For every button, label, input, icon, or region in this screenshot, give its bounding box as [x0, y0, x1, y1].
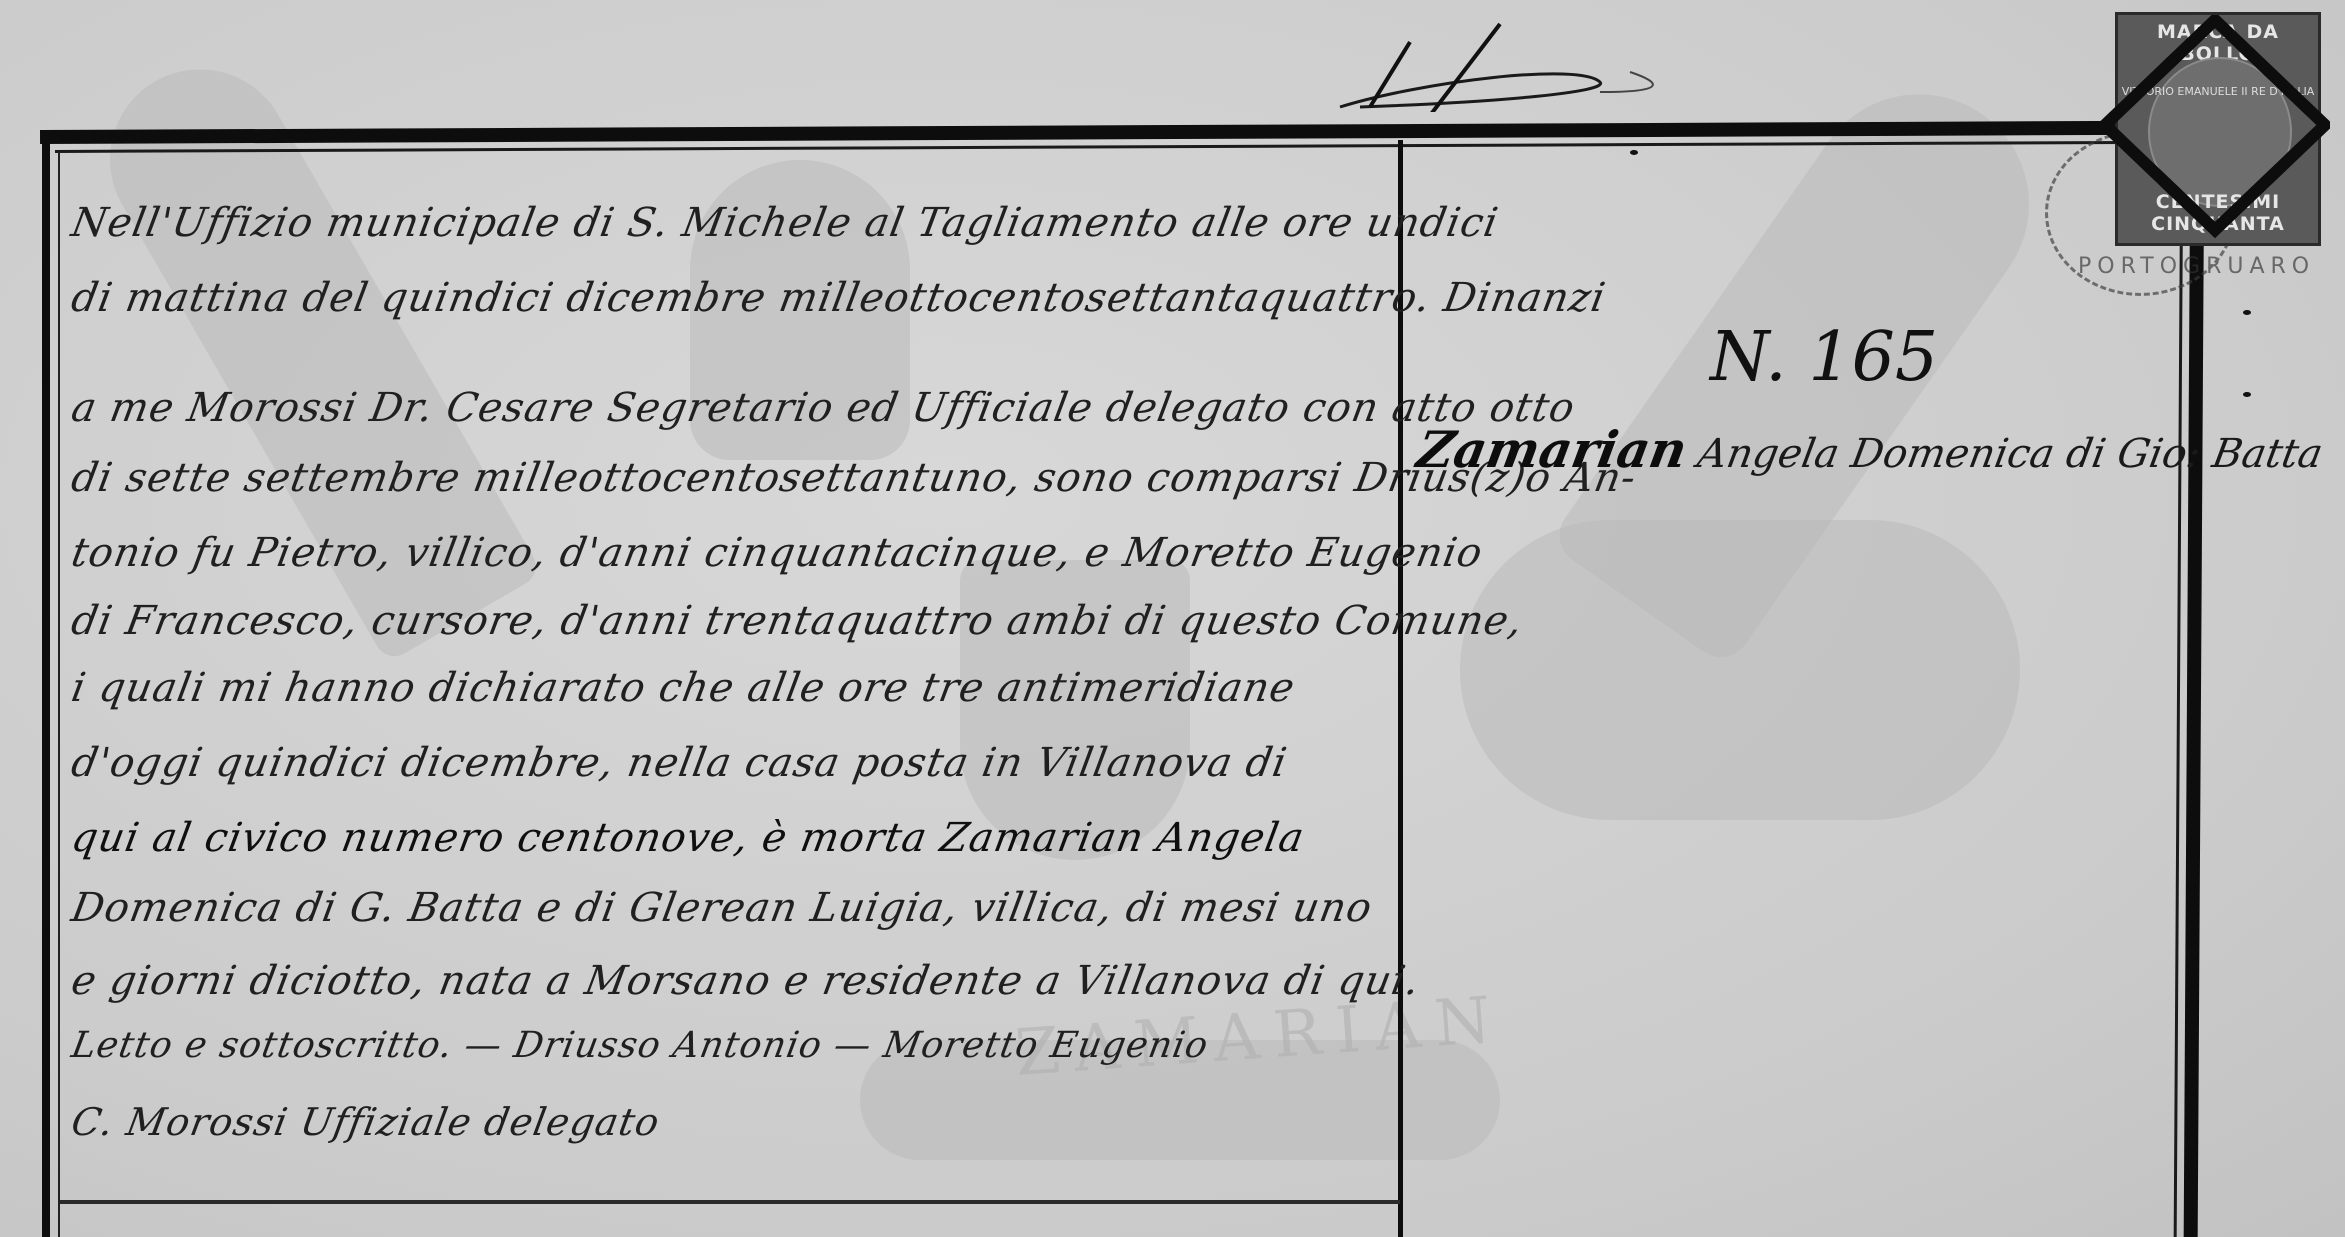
register-frame-top: [40, 121, 2180, 144]
margin-rule: [2184, 200, 2204, 1237]
ink-dot: [1630, 150, 1638, 155]
signature-line-declarants: Letto e sottoscritto. — Driusso Antonio …: [68, 1025, 1211, 1066]
margin-rule-inner: [2174, 200, 2183, 1237]
body-line-6: di Francesco, cursore, d'anni trentaquat…: [68, 598, 1527, 644]
margin-deceased-name: Zamarian Angela Domenica di Gio: Batta: [1413, 420, 2328, 479]
body-line-7: i quali mi hanno dichiarato che alle ore…: [68, 665, 1299, 711]
body-line-10: Domenica di G. Batta e di Glerean Luigia…: [68, 885, 1376, 931]
stamp-cancellation-cross-icon: [2100, 15, 2330, 245]
signature-line-officer: C. Morossi Uffiziale delegato: [68, 1100, 663, 1144]
body-line-1: Nell'Uffizio municipale di S. Michele al…: [68, 200, 1502, 246]
body-line-4: di sette settembre milleottocentosettant…: [68, 455, 1640, 501]
ink-dot: [2243, 310, 2251, 315]
register-frame-top-inner: [55, 141, 2180, 153]
document-page: ZAMARIAN L.f. Nell'Uffizio municipale di…: [0, 0, 2345, 1237]
body-line-9: qui al civico numero centonove, è morta …: [68, 815, 1308, 861]
body-line-11: e giorni diciotto, nata a Morsano e resi…: [68, 958, 1424, 1004]
ink-dot: [2243, 392, 2251, 397]
watermark-lion-body: [1460, 520, 2020, 820]
top-initial-mark: [1300, 12, 1700, 112]
record-number: N. 165: [1710, 318, 1938, 397]
deceased-given-names: Angela Domenica di Gio: Batta: [1694, 431, 2326, 477]
body-line-8: d'oggi quindici dicembre, nella casa pos…: [68, 740, 1291, 786]
record-separator-rule: [60, 1200, 1400, 1204]
register-frame-left-inner: [58, 152, 60, 1237]
body-line-5: tonio fu Pietro, villico, d'anni cinquan…: [68, 530, 1486, 576]
body-line-2: di mattina del quindici dicembre milleot…: [68, 275, 1609, 321]
postmark-text: PORTOGRUARO: [2078, 254, 2315, 279]
deceased-surname: Zamarian: [1413, 420, 1692, 479]
body-line-3: a me Morossi Dr. Cesare Segretario ed Uf…: [68, 385, 1579, 431]
register-frame-left: [42, 140, 50, 1237]
